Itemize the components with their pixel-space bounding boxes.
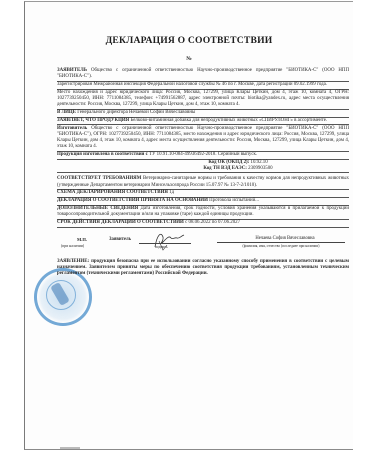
manufacturer-label: Изготовитель — [57, 126, 87, 131]
applicant-address: Место нахождения и адрес юридического ли… — [57, 90, 349, 110]
signer-name-caption: (фамилия, имя, отчество (последнее при н… — [217, 243, 345, 249]
requirements-label: СООТВЕТСТВУЕТ ТРЕБОВАНИЯМ — [57, 176, 141, 181]
tn-ved-value: 2309903500 — [248, 166, 272, 171]
additional-info-section: ДОПОЛНИТЕЛЬНЫЕ СВЕДЕНИЯ Дата изготовлени… — [57, 206, 349, 220]
applicant-section: ЗАЯВИТЕЛЬ Общество с ограниченной ответс… — [57, 68, 349, 82]
seal-place-caption: (при наличии) — [61, 243, 84, 249]
applicant-registration: Зарегистрирован Межрайонная инспекция Фе… — [57, 82, 349, 90]
manufacturer-text: Общество с ограниченной ответственностью… — [57, 126, 349, 149]
document-title: ДЕКЛАРАЦИЯ О СООТВЕТСТВИИ — [25, 35, 353, 46]
basis-section: ДЕКЛАРАЦИЯ О СООТВЕТСТВИИ ПРИНЯТА НА ОСН… — [57, 198, 349, 206]
basis-text: Протокола испытаний... — [209, 198, 259, 203]
represented-by-section: В ЛИЦЕ Генерального директора Нечаевой С… — [57, 110, 349, 118]
scheme-section: СХЕМА ДЕКЛАРИРОВАНИЯ СООТВЕТСТВИЯ 1д — [57, 190, 349, 198]
document-body: ЗАЯВИТЕЛЬ Общество с ограниченной ответс… — [57, 68, 349, 277]
manufacturer-section: Изготовитель Общество с ограниченной отв… — [57, 126, 349, 152]
declares-section: ЗАЯВЛЯЕТ, ЧТО ПРОДУКЦИЯ Белково-витаминн… — [57, 118, 349, 126]
additional-info-label: ДОПОЛНИТЕЛЬНЫЕ СВЕДЕНИЯ — [57, 206, 138, 211]
declares-text: Белково-витаминная добавка для непродукт… — [130, 118, 327, 123]
produced-per-text: ТУ 10.91.10-084-49936492-2018. Серийный … — [149, 152, 257, 157]
scanned-document-page: ДЕКЛАРАЦИЯ О СООТВЕТСТВИИ № ЗАЯВИТЕЛЬ Об… — [24, 1, 353, 450]
represented-by-label: В ЛИЦЕ — [57, 110, 76, 115]
validity-label: СРОК ДЕЙСТВИЯ ДЕКЛАРАЦИИ О СООТВЕТСТВИИ — [57, 220, 184, 225]
scheme-value: 1д — [169, 190, 174, 195]
validity-section: СРОК ДЕЙСТВИЯ ДЕКЛАРАЦИИ О СООТВЕТСТВИИ … — [57, 220, 349, 228]
okpd2-label: Код ОК (ОКПД 2): — [208, 160, 249, 165]
applicant-text: Общество с ограниченной ответственностью… — [57, 68, 349, 79]
declaration-text: продукция безопасна при ее использовании… — [57, 259, 349, 276]
scan-edge-shadow — [60, 447, 80, 449]
produced-per-label: Продукция изготовлена в соответствии с — [57, 152, 148, 157]
tn-ved-label: Код ТН ВЭД ЕАЭС: — [203, 166, 247, 171]
tn-ved-code-row: Код ТН ВЭД ЕАЭС: 2309903500 — [57, 166, 349, 174]
basis-label: ДЕКЛАРАЦИЯ О СООТВЕТСТВИИ ПРИНЯТА НА ОСН… — [57, 198, 208, 203]
validity-text: с 08.06.2022 по 07.06.2027 — [185, 220, 240, 225]
requirements-section: СООТВЕТСТВУЕТ ТРЕБОВАНИЯМ Ветеринарно-са… — [57, 176, 349, 190]
signature-caption: подпись — [155, 244, 168, 250]
applicant-label: ЗАЯВИТЕЛЬ — [57, 68, 87, 73]
applicant-signature-label: Заявитель — [109, 237, 131, 243]
okpd2-value: 10.92.10 — [251, 160, 268, 165]
document-number: № — [25, 56, 353, 62]
signature-block: М.П. (при наличии) Заявитель подпись Неч… — [57, 231, 349, 255]
produced-per-section: Продукция изготовлена в соответствии с Т… — [57, 152, 349, 160]
declares-label: ЗАЯВЛЯЕТ, ЧТО ПРОДУКЦИЯ — [57, 118, 129, 123]
scheme-label: СХЕМА ДЕКЛАРИРОВАНИЯ СООТВЕТСТВИЯ — [57, 190, 168, 195]
declaration-label: ЗАЯВЛЕНИЕ: — [57, 259, 89, 264]
represented-by-text: Генерального директора Нечаевой Софии Вя… — [77, 110, 195, 115]
declaration-statement: ЗАЯВЛЕНИЕ: продукция безопасна при ее ис… — [57, 259, 349, 278]
